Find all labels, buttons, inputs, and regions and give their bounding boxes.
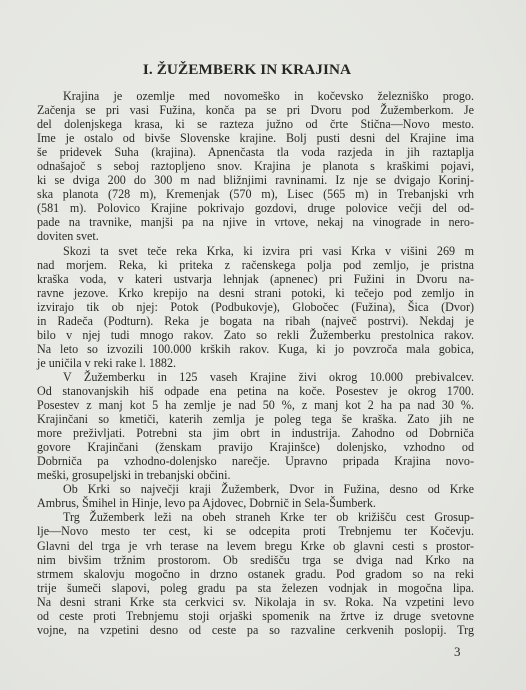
chapter-title: I. ŽUŽEMBERK IN KRAJINA (0, 61, 494, 79)
text-line: vojne, na vzpetini desno od ceste pa so … (37, 623, 474, 637)
text-line: Začenja se pri vasi Fužina, konča pa se … (37, 103, 474, 117)
text-line: del dolenjskega krasa, ki se razteza juž… (37, 117, 474, 131)
text-line: odnašajoč s seboj raztopljeno snov. Kraj… (37, 159, 474, 173)
text-line: more preživljati. Potrebni sta jim obrt … (37, 426, 474, 440)
text-line: lje—Novo mesto ter cest, ki se odcepita … (37, 524, 474, 538)
text-line: in Radeča (Podturn). Reka je bogata na r… (37, 314, 474, 328)
text-line: Trg Žužemberk leži na obeh straneh Krke … (37, 510, 474, 524)
text-line: Krajina je ozemlje med novomeško in koče… (37, 89, 474, 103)
text-line: nim bivšim tržnim prostorom. Ob središču… (37, 553, 474, 567)
text-line: ki se dviga 200 do 300 m nad bližnjimi r… (37, 173, 474, 187)
text-line: nad morjem. Reka, ki priteka z račenskeg… (37, 258, 474, 272)
text-line: kraška voda, v kateri ustvarja lehnjak (… (37, 272, 474, 286)
text-line: Na desni strani Krke sta cerkvici sv. Ni… (37, 595, 474, 609)
text-line: Ime je ostalo od bivše Slovenske krajine… (37, 131, 474, 145)
body-text: Krajina je ozemlje med novomeško in koče… (37, 89, 474, 637)
text-line: ravne jezove. Krko krepijo na desni stra… (37, 286, 474, 300)
page-number: 3 (454, 644, 461, 660)
text-line: Skozi ta svet teče reka Krka, ki izvira … (37, 244, 474, 258)
text-line: pade na travnike, manjši pa na njive in … (37, 215, 474, 229)
text-line: je uničila v reki rake l. 1882. (37, 356, 474, 370)
text-line: Posestev z manj kot 5 ha zemlje je nad 5… (37, 398, 474, 412)
text-line: V Žužemberku in 125 vaseh Krajine živi o… (37, 370, 474, 384)
text-line: doviten svet. (37, 229, 474, 243)
text-line: trije šumeči slapovi, poleg gradu pa sta… (37, 581, 474, 595)
text-line: Krajinčani so kmetiči, katerih zemlja je… (37, 412, 474, 426)
text-line: strmem skalovju mogočno in drzno ostanek… (37, 567, 474, 581)
text-line: Glavni del trga je vrh terase na levem b… (37, 539, 474, 553)
text-line: ska planota (728 m), Kremenjak (570 m), … (37, 187, 474, 201)
text-line: Ob Krki so največji kraji Žužemberk, Dvo… (37, 482, 474, 496)
book-page: I. ŽUŽEMBERK IN KRAJINA Krajina je ozeml… (0, 0, 526, 690)
text-line: Ambrus, Šmihel in Hinje, levo pa Ajdovec… (37, 496, 474, 510)
text-line: od ceste proti Trebnjemu stoji orjaški s… (37, 609, 474, 623)
text-line: bilo v njej tudi mnogo rakov. Zato so re… (37, 328, 474, 342)
text-line: Dobrniča pa vzhodno-dolenjsko narečje. U… (37, 454, 474, 468)
text-line: Od stanovanjskih hiš odpade ena petina n… (37, 384, 474, 398)
text-line: meški, grosupeljski in trebanjski občini… (37, 468, 474, 482)
text-line: Na leto so izvozili 100.000 krških rakov… (37, 342, 474, 356)
text-line: še pridevek Suha (krajina). Apnenčasta t… (37, 145, 474, 159)
text-line: izvirajo tik ob njej: Potok (Podbukovje)… (37, 300, 474, 314)
text-line: (581 m). Polovico Krajine pokrivajo gozd… (37, 201, 474, 215)
text-line: govore Krajinčani (ženskam pravijo Kraji… (37, 440, 474, 454)
